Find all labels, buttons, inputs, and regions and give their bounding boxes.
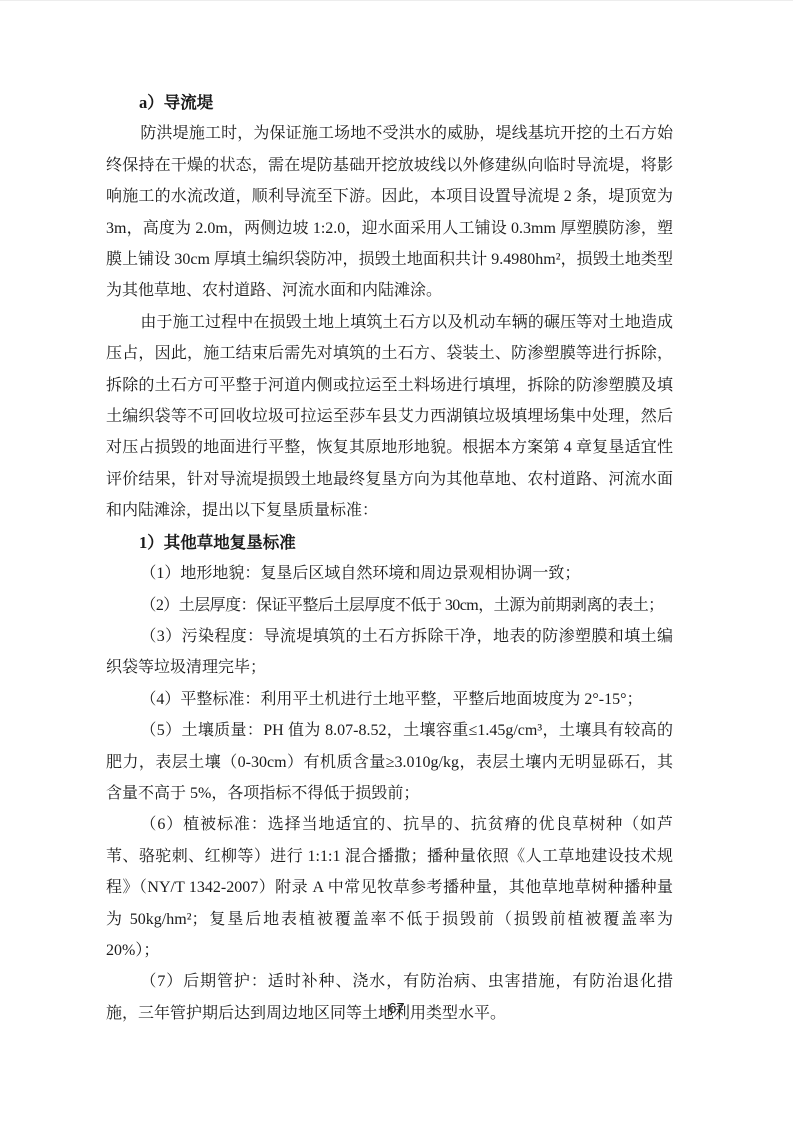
list-item-terrain: （1）地形地貌：复垦后区域自然环境和周边景观相协调一致；: [106, 558, 673, 589]
list-item-soil-thickness: （2）土层厚度：保证平整后土层厚度不低于 30cm，土源为前期剥离的表土；: [106, 590, 673, 621]
section-heading-diversion-dike: a）导流堤: [106, 87, 673, 118]
document-page: a）导流堤 防洪堤施工时，为保证施工场地不受洪水的威胁，堤线基坑开挖的土石方始终…: [0, 0, 793, 1123]
section-heading-grassland-standard: 1）其他草地复垦标准: [106, 527, 673, 558]
list-item-soil-quality: （5）土壤质量：PH 值为 8.07-8.52，土壤容重≤1.45g/cm³，土…: [106, 715, 673, 809]
list-item-maintenance: （7）后期管护：适时补种、浇水，有防治病、虫害措施，有防治退化措施，三年管护期后…: [106, 966, 673, 1029]
document-body: a）导流堤 防洪堤施工时，为保证施工场地不受洪水的威胁，堤线基坑开挖的土石方始终…: [106, 87, 673, 1029]
list-item-pollution: （3）污染程度：导流堤填筑的土石方拆除干净，地表的防渗塑膜和填土编织袋等垃圾清理…: [106, 621, 673, 684]
list-item-leveling: （4）平整标准：利用平土机进行土地平整，平整后地面坡度为 2°-15°；: [106, 684, 673, 715]
paragraph-dike-construction: 防洪堤施工时，为保证施工场地不受洪水的威胁，堤线基坑开挖的土石方始终保持在干燥的…: [106, 118, 673, 306]
page-number: 67: [0, 1001, 793, 1017]
list-item-vegetation: （6）植被标准：选择当地适宜的、抗旱的、抗贫瘠的优良草树种（如芦苇、骆驼刺、红柳…: [106, 809, 673, 966]
paragraph-reclamation-process: 由于施工过程中在损毁土地上填筑土石方以及机动车辆的碾压等对土地造成压占，因此，施…: [106, 307, 673, 527]
